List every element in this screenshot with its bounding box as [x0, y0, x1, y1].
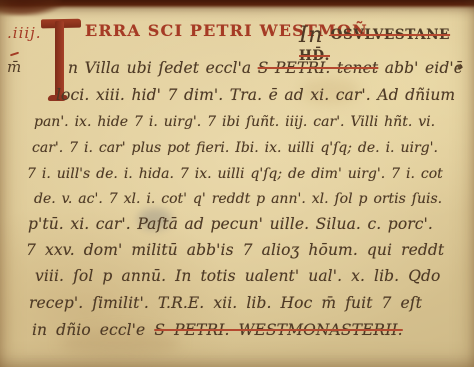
corner-stain — [0, 0, 62, 16]
text-run: in dñio eccl'e — [32, 321, 154, 339]
manuscript-line: pan'. ix. hide 7 i. uirg'. 7 ibi ſuñt. i… — [34, 112, 435, 132]
manuscript-line: 7 xxv. dom' militū abb'is 7 alioʒ hōum. … — [26, 240, 444, 260]
text-run: 7 xxv. dom' militū abb'is 7 alioʒ hōum. … — [26, 241, 444, 259]
manuscript-line: n Villa ubi ſedet eccl'a S PETRI. tenet … — [68, 58, 463, 78]
rubricated-name: S PETRI. tenet — [258, 59, 378, 77]
manuscript-line: p'tū. xi. car'. Paſtā ad pecun' uille. S… — [28, 214, 433, 234]
manuscript-line: car'. 7 i. car' plus pot fieri. Ibi. ix.… — [32, 138, 438, 158]
text-run: 7 i. uill's de. i. hida. 7 ix. uilli q'ſ… — [27, 166, 443, 182]
folio-numeral: .iiij. — [7, 24, 42, 42]
manuscript-page: .iiij. ERRA SCI PETRI WESTMOÑ In OSVLVES… — [0, 0, 474, 367]
manuscript-line: 7 i. uill's de. i. hida. 7 ix. uilli q'ſ… — [27, 164, 443, 184]
text-run: car'. 7 i. car' plus pot fieri. Ibi. ix.… — [32, 140, 438, 156]
text-run: pan'. ix. hide 7 i. uirg'. 7 ibi ſuñt. i… — [34, 114, 435, 130]
text-run: viii. ſol p annū. In totis ualent' ual'.… — [35, 267, 440, 285]
text-run: loci. xiii. hid' 7 dim'. Tra. ē ad xi. c… — [56, 86, 455, 104]
manuscript-line: de. v. ac'. 7 xl. i. cot' q' reddt p ann… — [34, 189, 442, 209]
manuscript-line: in dñio eccl'e S PETRI. WESTMONASTERII. — [32, 320, 403, 340]
margin-red-tick — [10, 52, 19, 57]
text-run: recep'. ſimilit'. T.R.E. xii. lib. Hoc m… — [29, 294, 422, 312]
manuscript-line: viii. ſol p annū. In totis ualent' ual'.… — [35, 266, 440, 286]
text-run: n Villa ubi ſedet eccl'a — [68, 59, 258, 77]
text-run: p'tū. xi. car'. Paſtā ad pecun' uille. S… — [28, 215, 433, 233]
page-top-edge — [0, 0, 474, 9]
text-run: abb' eid'ē — [378, 59, 463, 77]
hundred-prefix: In — [299, 23, 331, 48]
manor-margin-mark: m̄ — [7, 58, 21, 76]
manuscript-line: recep'. ſimilit'. T.R.E. xii. lib. Hoc m… — [29, 293, 422, 313]
text-run: de. v. ac'. 7 xl. i. cot' q' reddt p ann… — [34, 191, 442, 207]
manuscript-line: loci. xiii. hid' 7 dim'. Tra. ē ad xi. c… — [56, 85, 455, 105]
rubricated-name: S PETRI. WESTMONASTERII. — [154, 321, 402, 339]
